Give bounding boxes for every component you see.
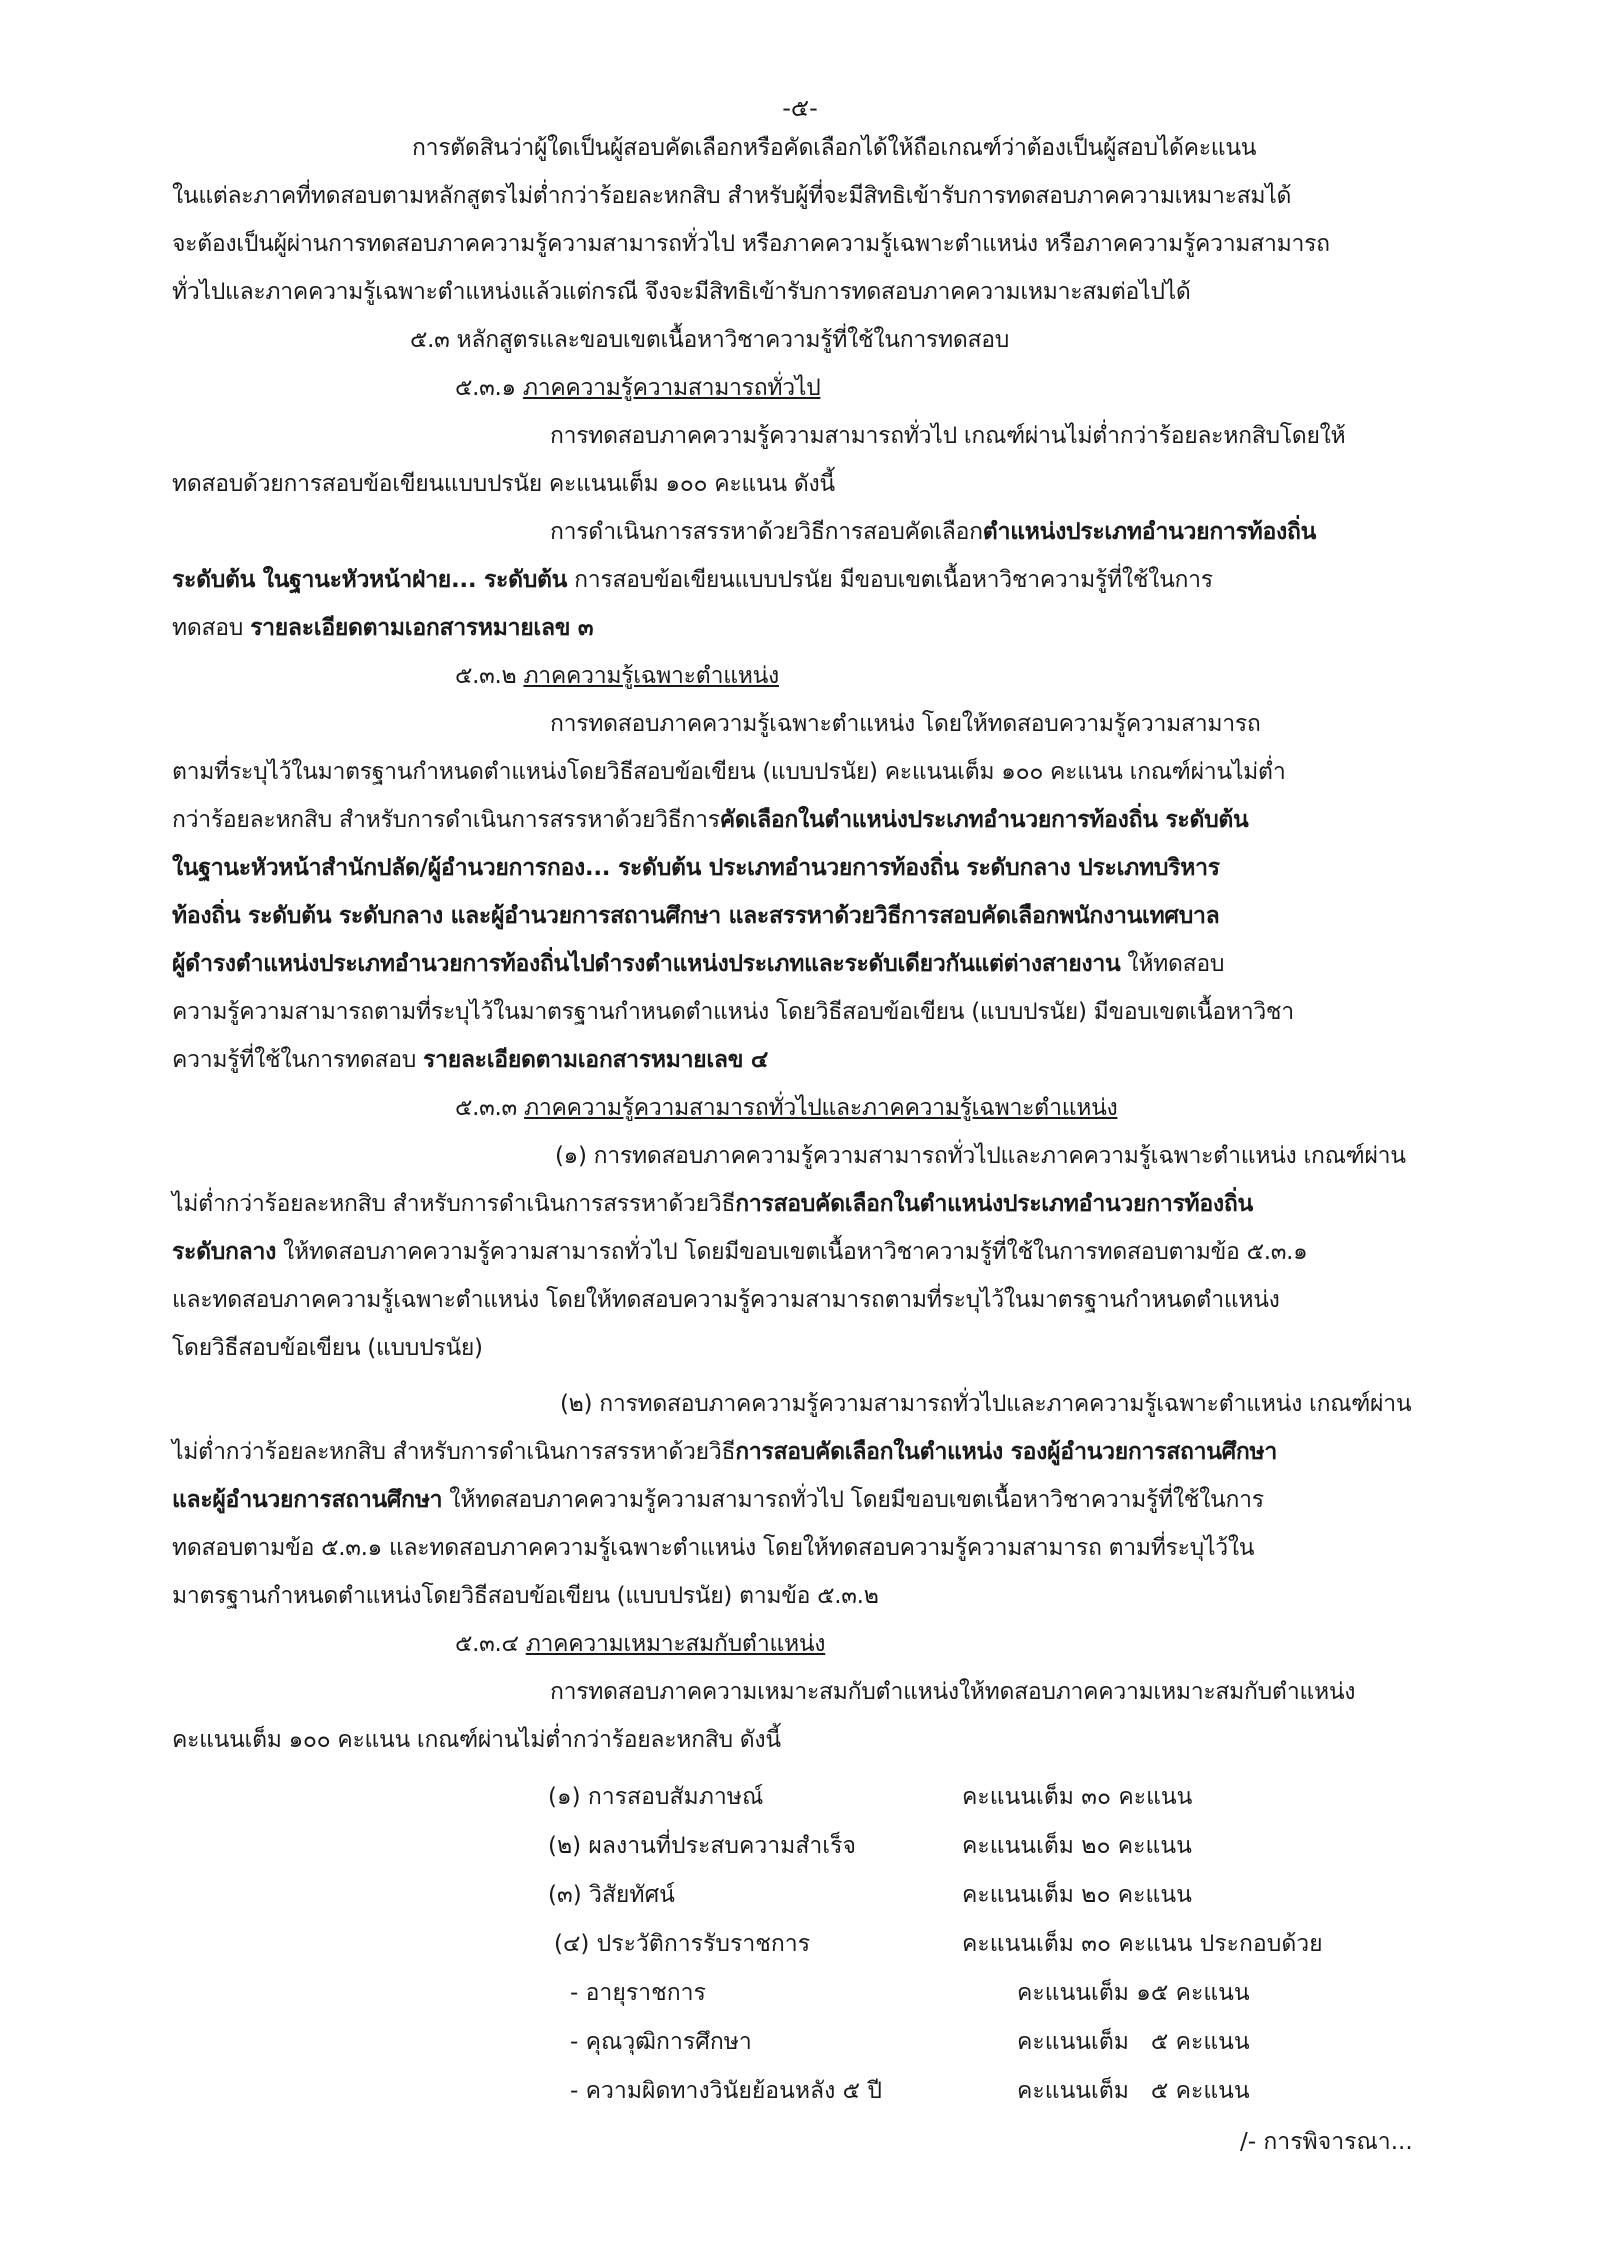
subscore-item: - ความผิดทางวินัยย้อนหลัง ๕ ปี [570, 2067, 882, 2115]
page-number: -๕- [0, 88, 1600, 127]
paragraph-line: การตัดสินว่าผู้ใดเป็นผู้สอบคัดเลือกหรือค… [172, 124, 1462, 172]
paragraph-line: การดำเนินการสรรหาด้วยวิธีการสอบคัดเลือกต… [550, 508, 1600, 556]
document-page: -๕- การตัดสินว่าผู้ใดเป็นผู้สอบคัดเลือกห… [0, 0, 1600, 2262]
paragraph-line: ความรู้ความสามารถตามที่ระบุไว้ในมาตรฐานก… [172, 988, 1462, 1036]
score-value: คะแนนเต็ม ๒๐ คะแนน [962, 1871, 1192, 1919]
paragraph-line: ระดับต้น ในฐานะหัวหน้าฝ่าย... ระดับต้น ก… [172, 556, 1462, 604]
subscore-value: คะแนนเต็ม ๕ คะแนน [1017, 2067, 1250, 2115]
paragraph-line: ในฐานะหัวหน้าสำนักปลัด/ผู้อำนวยการกอง...… [172, 844, 1462, 892]
paragraph-line: ทดสอบ รายละเอียดตามเอกสารหมายเลข ๓ [172, 604, 1462, 652]
subscore-item: - คุณวุฒิการศึกษา [570, 2018, 752, 2066]
score-item: (๔) ประวัติการรับราชการ [554, 1920, 810, 1968]
subsection-title: ภาคความรู้ความสามารถทั่วไป [523, 375, 821, 401]
paragraph-line: ท้องถิ่น ระดับต้น ระดับกลาง และผู้อำนวยก… [172, 892, 1462, 940]
paragraph-line: ระดับกลาง ให้ทดสอบภาคความรู้ความสามารถทั… [172, 1228, 1462, 1276]
paragraph-line: ความรู้ที่ใช้ในการทดสอบ รายละเอียดตามเอก… [172, 1036, 1462, 1084]
score-item: (๓) วิสัยทัศน์ [548, 1871, 675, 1919]
section-heading: ๕.๓ หลักสูตรและขอบเขตเนื้อหาวิชาความรู้ท… [410, 316, 1600, 364]
paragraph-line: (๑) การทดสอบภาคความรู้ความสามารถทั่วไปแล… [555, 1132, 1600, 1180]
paragraph-line: การทดสอบภาคความรู้ความสามารถทั่วไป เกณฑ์… [550, 412, 1600, 460]
continuation-text: /- การพิจารณา... [1240, 2118, 1413, 2166]
subscore-item: - อายุราชการ [570, 1969, 706, 2017]
paragraph-line: มาตรฐานกำหนดตำแหน่งโดยวิธีสอบข้อเขียน (แ… [172, 1572, 1462, 1620]
score-item: (๒) ผลงานที่ประสบความสำเร็จ [548, 1822, 856, 1870]
paragraph-line: และผู้อำนวยการสถานศึกษา ให้ทดสอบภาคความร… [172, 1476, 1462, 1524]
paragraph-line: จะต้องเป็นผู้ผ่านการทดสอบภาคความรู้ความส… [172, 220, 1462, 268]
score-value: คะแนนเต็ม ๒๐ คะแนน [962, 1822, 1192, 1870]
subsection-heading: ๕.๓.๓ ภาคความรู้ความสามารถทั่วไปและภาคคว… [455, 1084, 1600, 1132]
paragraph-line: (๒) การทดสอบภาคความรู้ความสามารถทั่วไปแล… [560, 1380, 1600, 1428]
subsection-heading: ๕.๓.๔ ภาคความเหมาะสมกับตำแหน่ง [455, 1620, 1600, 1668]
paragraph-line: ในแต่ละภาคที่ทดสอบตามหลักสูตรไม่ต่ำกว่าร… [172, 172, 1462, 220]
score-item: (๑) การสอบสัมภาษณ์ [548, 1773, 763, 1821]
paragraph-line: การทดสอบภาคความเหมาะสมกับตำแหน่งให้ทดสอบ… [550, 1668, 1600, 1716]
paragraph-line: กว่าร้อยละหกสิบ สำหรับการดำเนินการสรรหาด… [172, 796, 1462, 844]
paragraph-line: ไม่ต่ำกว่าร้อยละหกสิบ สำหรับการดำเนินการ… [172, 1428, 1462, 1476]
paragraph-line: ตามที่ระบุไว้ในมาตรฐานกำหนดตำแหน่งโดยวิธ… [172, 748, 1462, 796]
subscore-value: คะแนนเต็ม ๕ คะแนน [1017, 2018, 1250, 2066]
score-value: คะแนนเต็ม ๓๐ คะแนน [962, 1773, 1192, 1821]
paragraph-line: คะแนนเต็ม ๑๐๐ คะแนน เกณฑ์ผ่านไม่ต่ำกว่าร… [172, 1716, 1462, 1764]
paragraph-line: ผู้ดำรงตำแหน่งประเภทอำนวยการท้องถิ่นไปดำ… [172, 940, 1462, 988]
paragraph-line: ทั่วไปและภาคความรู้เฉพาะตำแหน่งแล้วแต่กร… [172, 268, 1462, 316]
score-value: คะแนนเต็ม ๓๐ คะแนน ประกอบด้วย [962, 1920, 1323, 1968]
paragraph-line: โดยวิธีสอบข้อเขียน (แบบปรนัย) [172, 1324, 1462, 1372]
paragraph-line: การทดสอบภาคความรู้เฉพาะตำแหน่ง โดยให้ทดส… [550, 700, 1600, 748]
subsection-heading: ๕.๓.๒ ภาคความรู้เฉพาะตำแหน่ง [455, 652, 1600, 700]
paragraph-line: ไม่ต่ำกว่าร้อยละหกสิบ สำหรับการดำเนินการ… [172, 1180, 1462, 1228]
subscore-value: คะแนนเต็ม ๑๕ คะแนน [1017, 1969, 1250, 2017]
paragraph-line: และทดสอบภาคความรู้เฉพาะตำแหน่ง โดยให้ทดส… [172, 1276, 1462, 1324]
paragraph-line: ทดสอบด้วยการสอบข้อเขียนแบบปรนัย คะแนนเต็… [172, 460, 1462, 508]
paragraph-line: ทดสอบตามข้อ ๕.๓.๑ และทดสอบภาคความรู้เฉพา… [172, 1524, 1462, 1572]
subsection-heading: ๕.๓.๑ ภาคความรู้ความสามารถทั่วไป [455, 364, 1600, 412]
